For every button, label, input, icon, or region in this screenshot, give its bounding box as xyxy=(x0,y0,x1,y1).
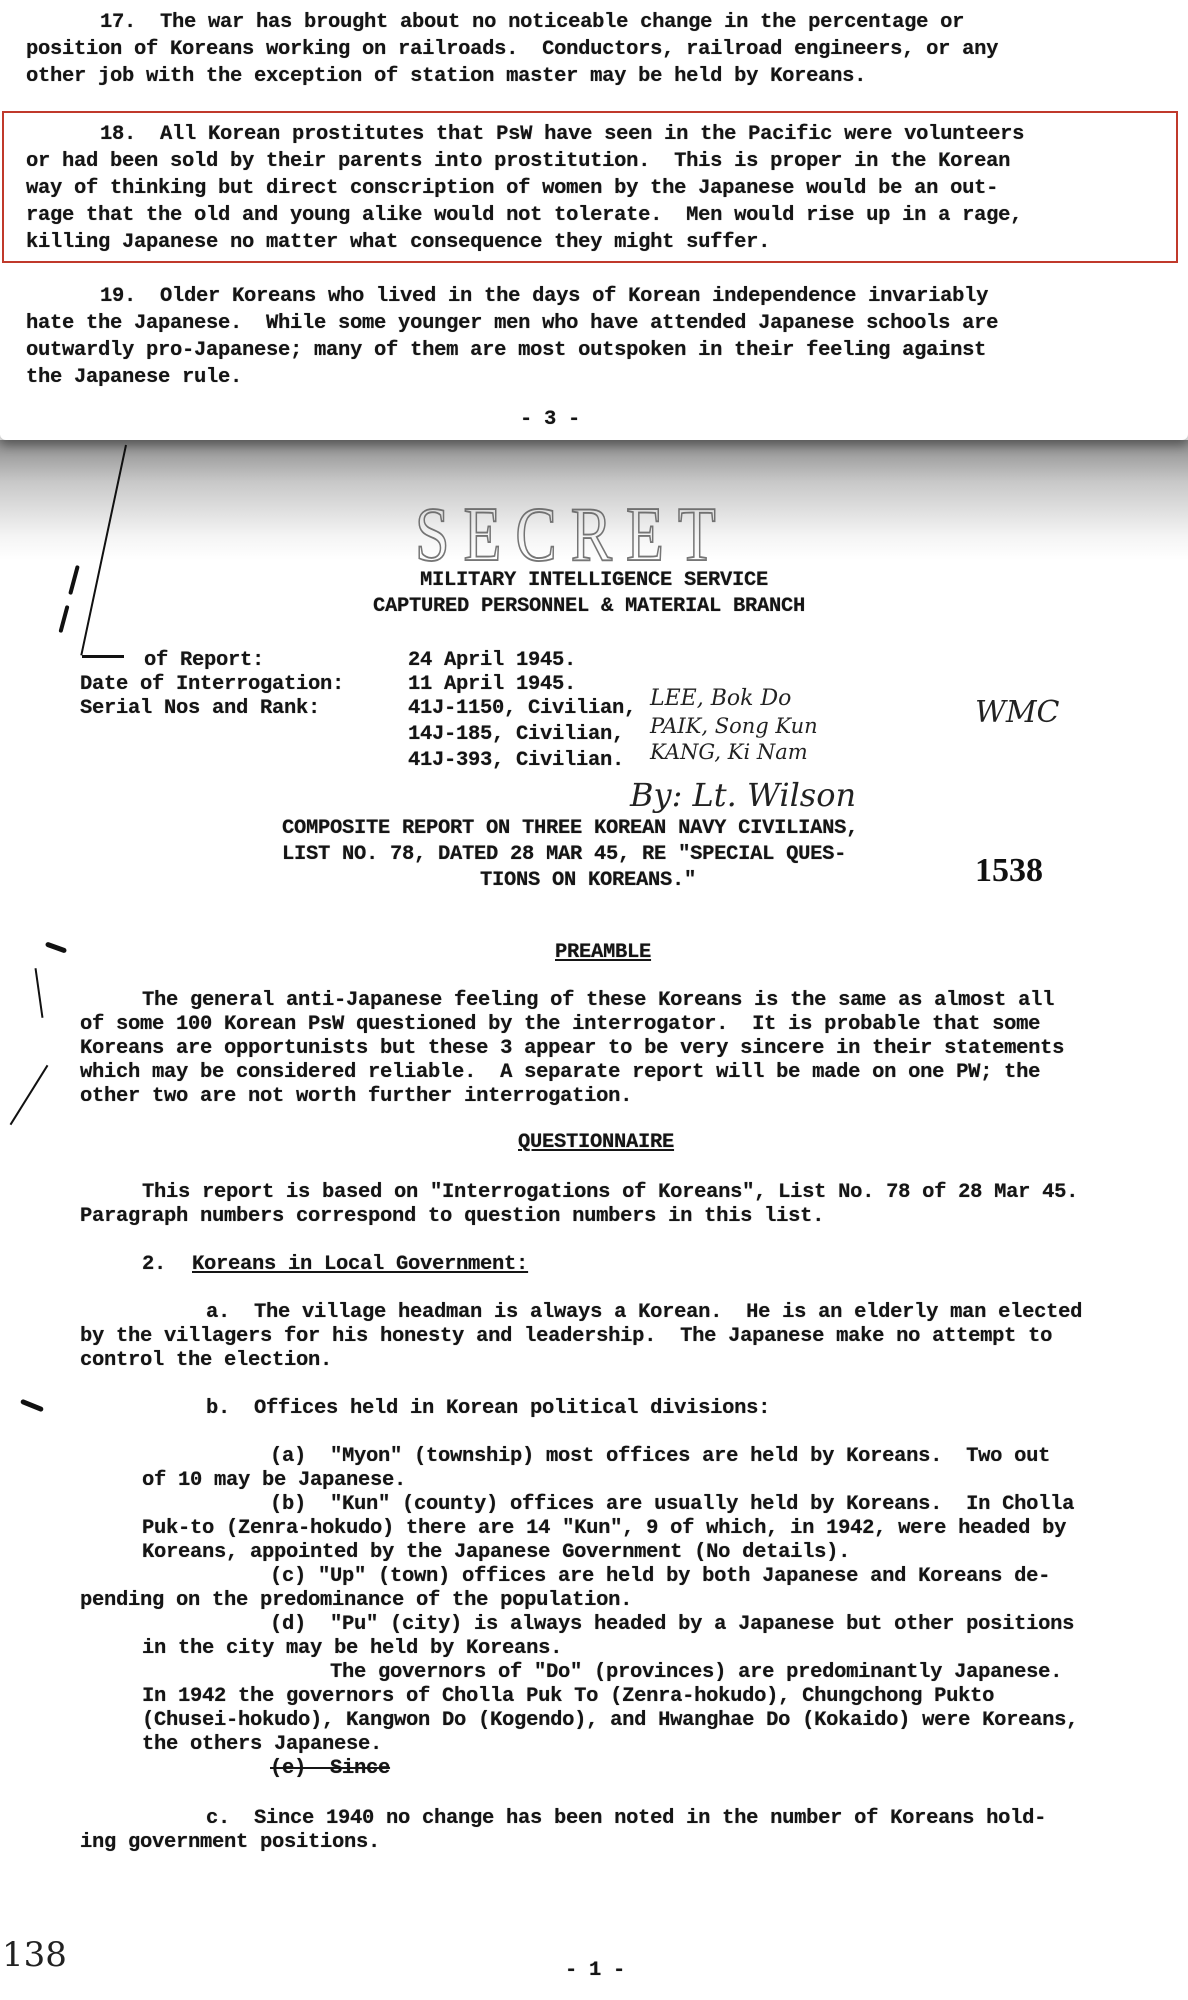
item-b-line: Puk-to (Zenra-hokudo) there are 14 "Kun"… xyxy=(142,1516,1066,1542)
item-c-line: c. Since 1940 no change has been noted i… xyxy=(206,1806,1046,1832)
section-number: 2. xyxy=(142,1252,166,1278)
handwritten-signature: By: Lt. Wilson xyxy=(630,776,856,814)
serial-entry: 41J-393, Civilian. xyxy=(408,748,624,774)
item-b-heading: b. Offices held in Korean political divi… xyxy=(206,1396,770,1422)
item-b-line: of 10 may be Japanese. xyxy=(142,1468,406,1494)
page-number: - 1 - xyxy=(565,1958,625,1984)
preamble-line: other two are not worth further interrog… xyxy=(80,1084,632,1110)
item-b-line: (d) "Pu" (city) is always headed by a Ja… xyxy=(270,1612,1074,1638)
header-line: CAPTURED PERSONNEL & MATERIAL BRANCH xyxy=(0,594,1183,620)
field-label-serial-nos: Serial Nos and Rank: xyxy=(80,696,320,722)
serial-entry: 14J-185, Civilian, xyxy=(408,722,624,748)
preamble-line: The general anti-Japanese feeling of the… xyxy=(142,988,1054,1014)
field-label-date-of-interrogation: Date of Interrogation: xyxy=(80,672,344,698)
item-b-line: the others Japanese. xyxy=(142,1732,382,1758)
para-17-line: other job with the exception of station … xyxy=(26,64,866,90)
item-b-line: pending on the predominance of the popul… xyxy=(80,1588,632,1614)
handwritten-name: KANG, Ki Nam xyxy=(650,740,808,764)
para-18-line: 18. All Korean prostitutes that PsW have… xyxy=(100,122,1024,148)
classification-stamp: SECRET xyxy=(415,491,730,580)
report-title-line: LIST NO. 78, DATED 28 MAR 45, RE "SPECIA… xyxy=(282,842,846,868)
item-b-line: (c) "Up" (town) offices are held by both… xyxy=(270,1564,1050,1590)
para-18-line: rage that the old and young alike would … xyxy=(26,203,1022,229)
item-c-line: ing government positions. xyxy=(80,1830,380,1856)
item-a-line: by the villagers for his honesty and lea… xyxy=(80,1324,1052,1350)
item-b-line: (b) "Kun" (county) offices are usually h… xyxy=(270,1492,1074,1518)
margin-note: 138 xyxy=(2,1935,67,1975)
pen-mark xyxy=(82,655,124,658)
report-title-line: COMPOSITE REPORT ON THREE KOREAN NAVY CI… xyxy=(282,816,858,842)
previous-page-excerpt: 17. The war has brought about no noticea… xyxy=(0,0,1188,440)
item-a-line: control the election. xyxy=(80,1348,332,1374)
preamble-line: Koreans are opportunists but these 3 app… xyxy=(80,1036,1064,1062)
para-19-line: outwardly pro-Japanese; many of them are… xyxy=(26,338,986,364)
handwritten-name: LEE, Bok Do xyxy=(650,686,791,711)
para-19-line: 19. Older Koreans who lived in the days … xyxy=(100,284,988,310)
handwritten-name: PAIK, Song Kun xyxy=(650,714,818,738)
para-18-line: way of thinking but direct conscription … xyxy=(26,176,998,202)
para-19-line: hate the Japanese. While some younger me… xyxy=(26,311,998,337)
page-number: - 3 - xyxy=(520,407,580,433)
field-value-date-of-report: 24 April 1945. xyxy=(408,648,576,674)
item-b-line: (a) "Myon" (township) most offices are h… xyxy=(270,1444,1050,1470)
preamble-line: of some 100 Korean PsW questioned by the… xyxy=(80,1012,1040,1038)
item-b-struck-line: (e) Since xyxy=(270,1756,390,1782)
para-18-line: or had been sold by their parents into p… xyxy=(26,149,1010,175)
field-label-date-of-report: of Report: xyxy=(144,648,264,674)
preamble-line: which may be considered reliable. A sepa… xyxy=(80,1060,1040,1086)
para-19-line: the Japanese rule. xyxy=(26,365,242,391)
item-b-line: Koreans, appointed by the Japanese Gover… xyxy=(142,1540,850,1566)
item-b-line: in the city may be held by Koreans. xyxy=(142,1636,562,1662)
preamble-heading: PREAMBLE xyxy=(555,940,651,966)
questionnaire-heading: QUESTIONNAIRE xyxy=(518,1130,674,1156)
item-b-line: The governors of "Do" (provinces) are pr… xyxy=(330,1660,1062,1686)
field-value-date-of-interrogation: 11 April 1945. xyxy=(408,672,576,698)
item-b-line: (Chusei-hokudo), Kangwon Do (Kogendo), a… xyxy=(142,1708,1078,1734)
questionnaire-intro-line: Paragraph numbers correspond to question… xyxy=(80,1204,824,1230)
item-b-line: In 1942 the governors of Cholla Puk To (… xyxy=(142,1684,994,1710)
questionnaire-intro-line: This report is based on "Interrogations … xyxy=(142,1180,1078,1206)
para-17-line: position of Koreans working on railroads… xyxy=(26,37,998,63)
report-title-line: TIONS ON KOREANS." xyxy=(480,868,696,894)
serial-entry: 41J-1150, Civilian, xyxy=(408,696,636,722)
para-17-line: 17. The war has brought about no noticea… xyxy=(100,10,964,36)
header-line: MILITARY INTELLIGENCE SERVICE xyxy=(0,568,1188,594)
handwritten-initials: WMC xyxy=(975,695,1060,730)
para-18-line: killing Japanese no matter what conseque… xyxy=(26,230,770,256)
section-title: Koreans in Local Government: xyxy=(192,1252,528,1278)
document-number-stamp: 1538 xyxy=(975,852,1043,890)
item-a-line: a. The village headman is always a Korea… xyxy=(206,1300,1082,1326)
